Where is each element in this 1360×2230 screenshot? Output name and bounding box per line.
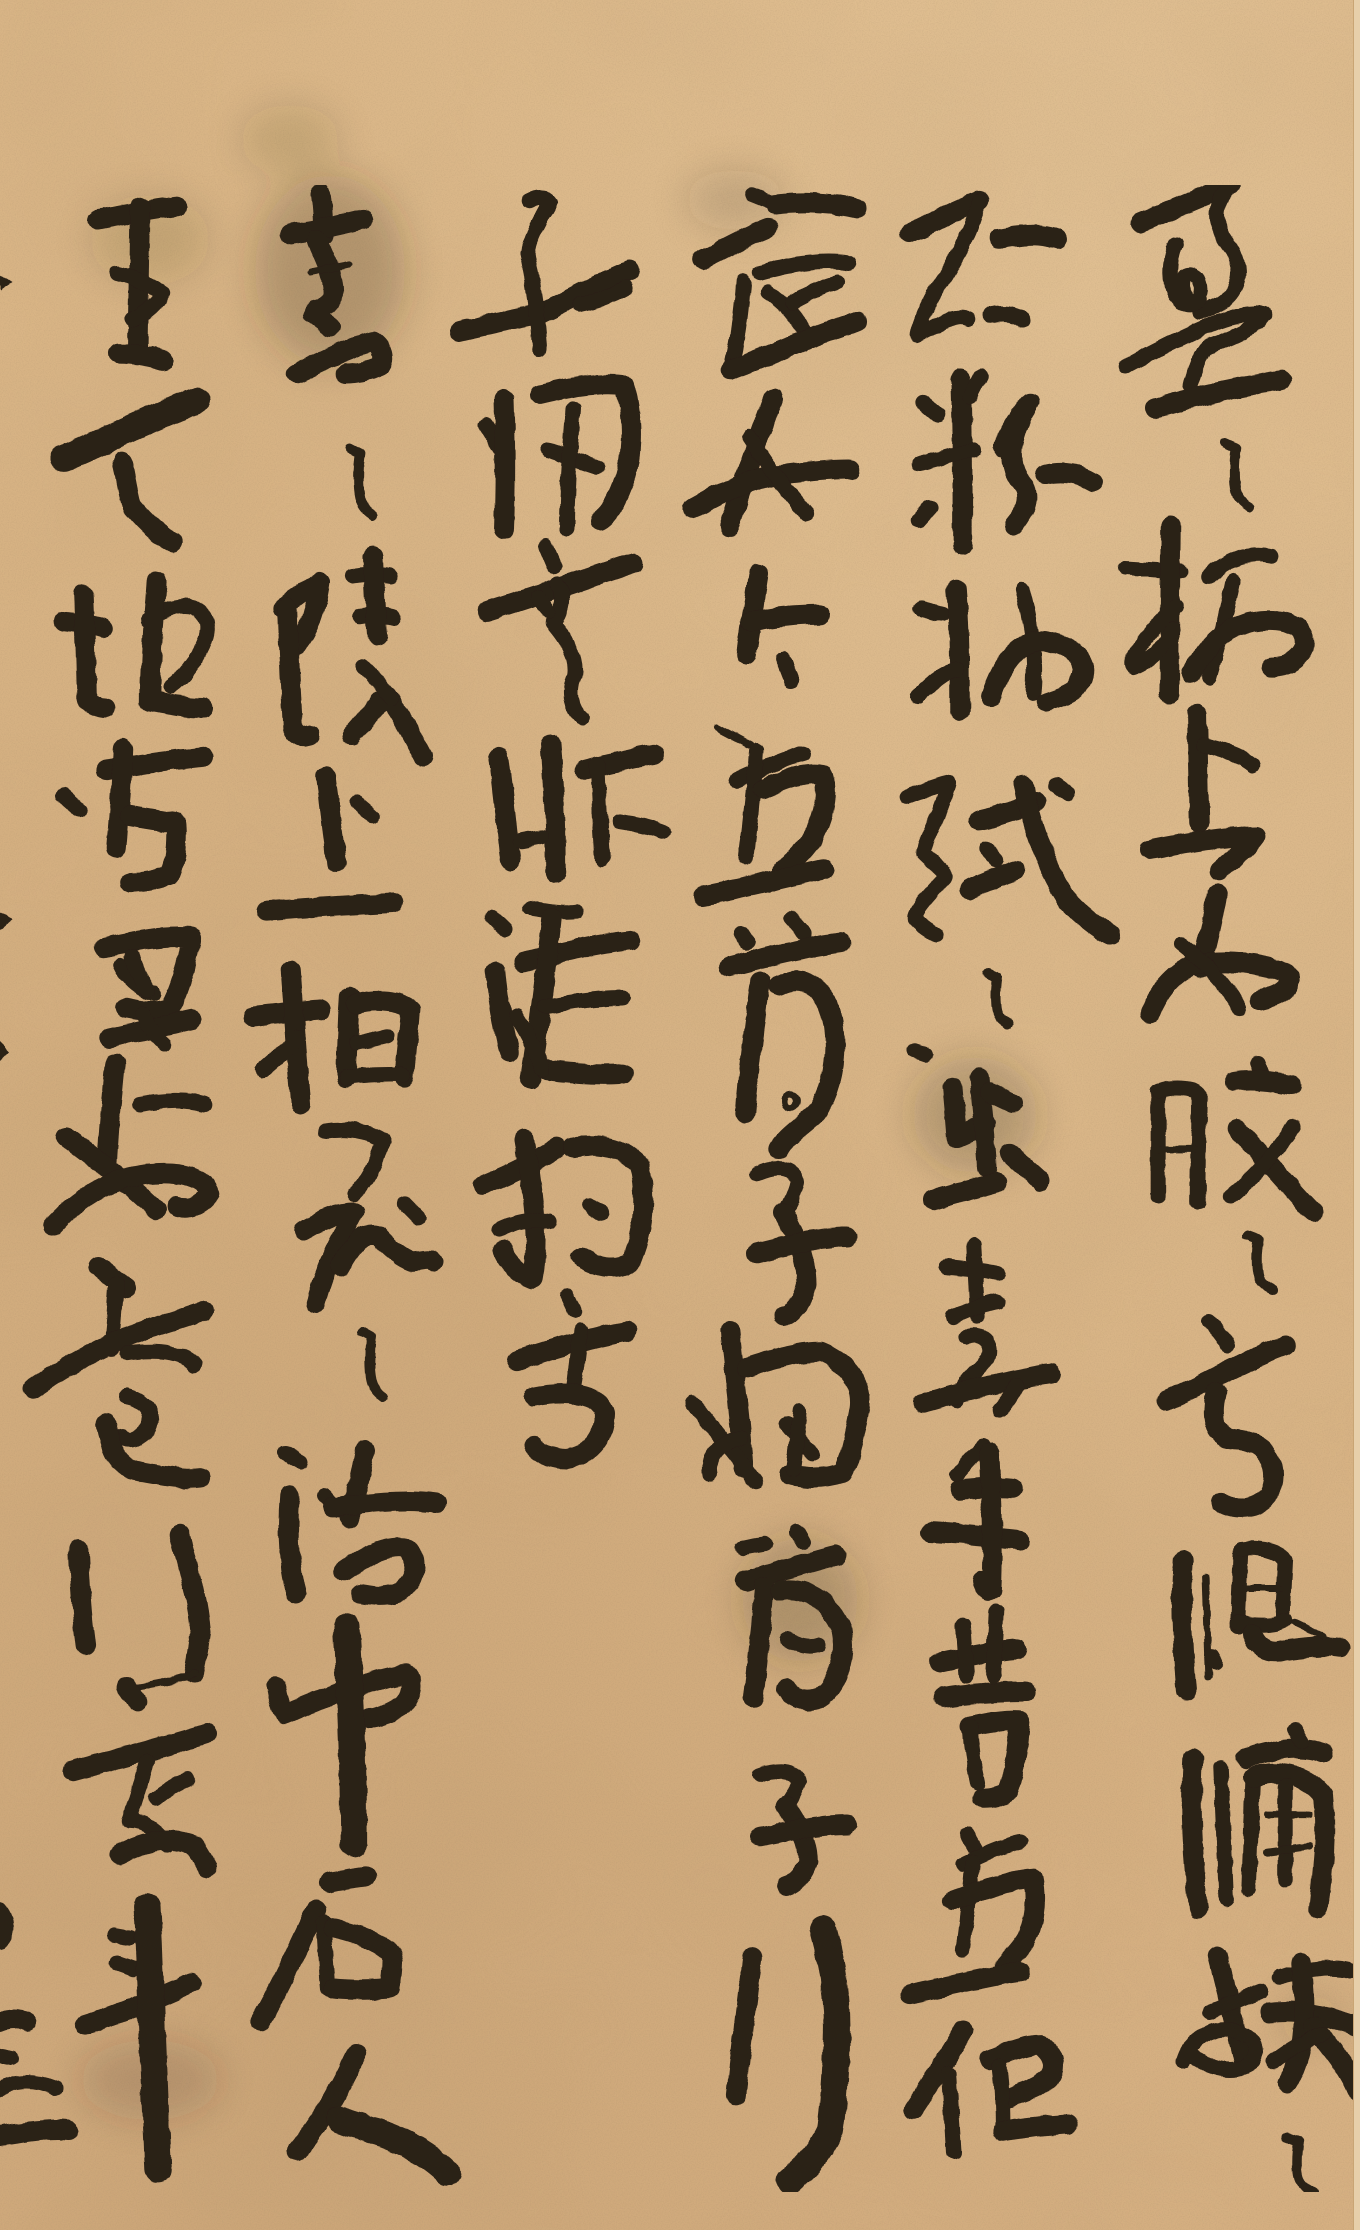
- character-ke: 客: [73, 1687, 207, 1873]
- character-ru: 如: [50, 1064, 213, 1226]
- character-jian-between: 間: [63, 742, 203, 890]
- column-6: 生 天 地 間 忽 如 遠 行 客 斗: [0, 0, 1360, 2230]
- character-xing: 行: [77, 1529, 207, 1673]
- character-hu: 忽: [88, 923, 197, 1044]
- character-yuan: 遠: [33, 1260, 203, 1494]
- character-dou: 斗: [85, 1901, 192, 2183]
- character-di: 地: [62, 582, 217, 722]
- character-tian: 天: [62, 394, 197, 555]
- text-layer: 盈 々 樓 上 女 皎 々 當 窗 牖 娥 々 紅 粉 妝 纖 々 出 素 手 …: [0, 0, 1360, 2230]
- character-sheng: 生: [97, 200, 183, 367]
- calligraphy-scroll: 盈 々 樓 上 女 皎 々 當 窗 牖 娥 々 紅 粉 妝 纖 々 出 素 手 …: [0, 0, 1360, 2230]
